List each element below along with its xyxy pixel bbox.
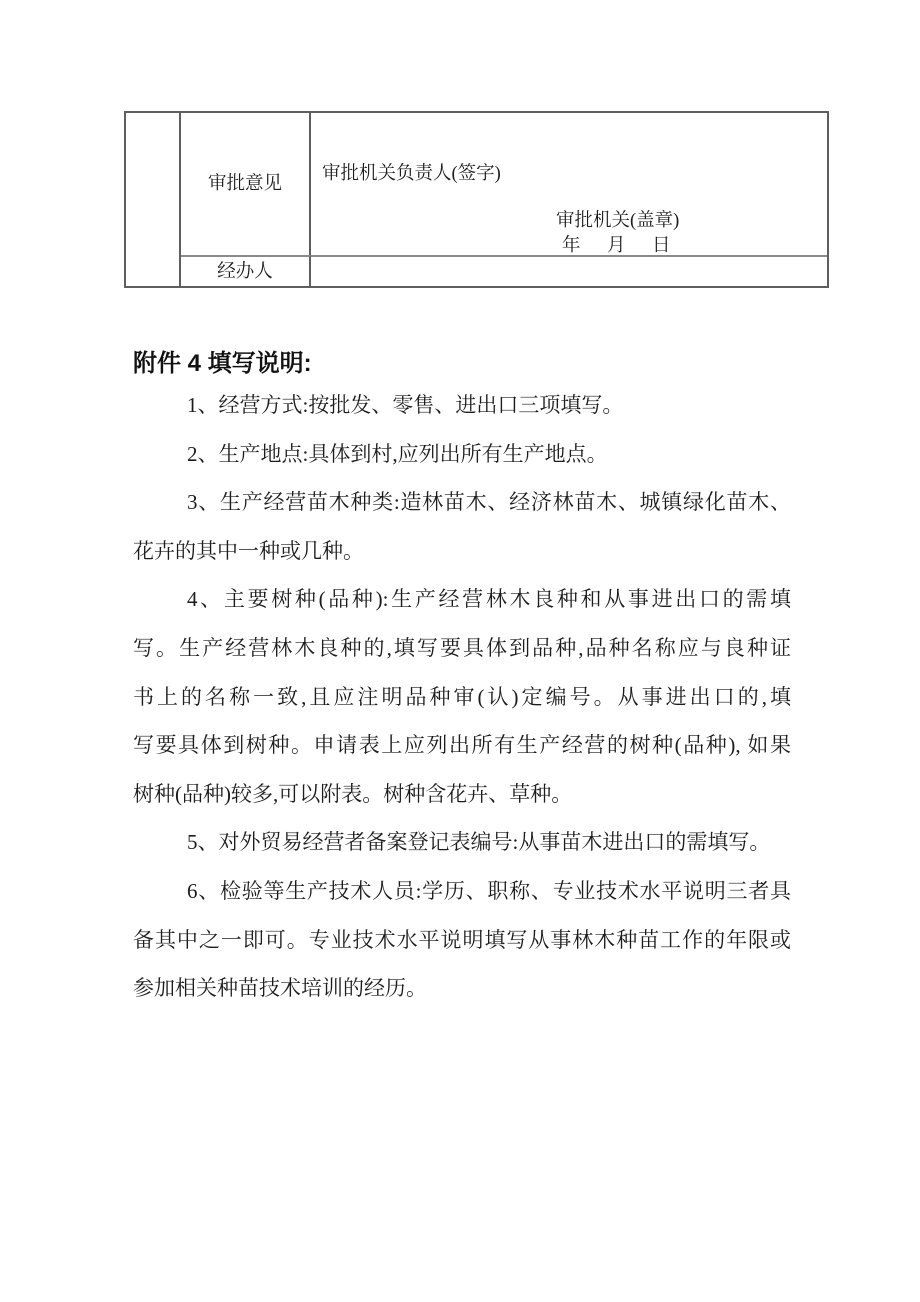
approval-opinion-header-cell: 审批意见 — [181, 113, 311, 255]
note-item-5-line-1: 5、对外贸易经营者备案登记表编号:从事苗木进出口的需填写。 — [133, 818, 791, 867]
note-item-6-line-3: 参加相关种苗技术培训的经历。 — [133, 964, 791, 1013]
approval-table: 审批意见 审批机关负责人(签字) 审批机关(盖章) 年 月 日 经办人 — [124, 111, 829, 288]
notes-list: 1、经营方式:按批发、零售、进出口三项填写。 2、生产地点:具体到村,应列出所有… — [133, 381, 791, 1013]
note-item-4-line-4: 写要具体到树种。申请表上应列出所有生产经营的树种(品种), 如果 — [133, 721, 791, 770]
note-item-4-line-1: 4、主要树种(品种):生产经营林木良种和从事进出口的需填 — [133, 575, 791, 624]
note-item-4-line-2: 写。生产经营林木良种的,填写要具体到品种,品种名称应与良种证 — [133, 624, 791, 673]
note-item-3-line-1: 3、生产经营苗木种类:造林苗木、经济林苗木、城镇绿化苗木、 — [133, 478, 791, 527]
handler-label: 经办人 — [217, 260, 273, 284]
approval-agency-seal-label: 审批机关(盖章) — [556, 209, 679, 233]
note-item-6-line-1: 6、检验等生产技术人员:学历、职称、专业技术水平说明三者具 — [133, 867, 791, 916]
approval-opinion-content-cell: 审批机关负责人(签字) 审批机关(盖章) 年 月 日 — [311, 113, 827, 255]
note-item-6-line-2: 备其中之一即可。专业技术水平说明填写从事林木种苗工作的年限或 — [133, 916, 791, 965]
note-item-4-line-5: 树种(品种)较多,可以附表。树种含花卉、草种。 — [133, 770, 791, 819]
note-item-3-line-2: 花卉的其中一种或几种。 — [133, 527, 791, 576]
handler-value-cell — [311, 255, 827, 286]
date-line-label: 年 月 日 — [562, 234, 675, 258]
note-item-1-line-1: 1、经营方式:按批发、零售、进出口三项填写。 — [133, 381, 791, 430]
table-side-cell — [126, 113, 181, 286]
handler-header-cell: 经办人 — [181, 255, 311, 286]
approval-opinion-label: 审批意见 — [208, 172, 282, 196]
approver-signature-label: 审批机关负责人(签字) — [322, 162, 501, 186]
note-item-4-line-3: 书上的名称一致,且应注明品种审(认)定编号。从事进出口的,填 — [133, 673, 791, 722]
document-page: 审批意见 审批机关负责人(签字) 审批机关(盖章) 年 月 日 经办人 附件 4… — [0, 0, 920, 1302]
note-item-2-line-1: 2、生产地点:具体到村,应列出所有生产地点。 — [133, 430, 791, 479]
notes-heading: 附件 4 填写说明: — [133, 349, 312, 379]
